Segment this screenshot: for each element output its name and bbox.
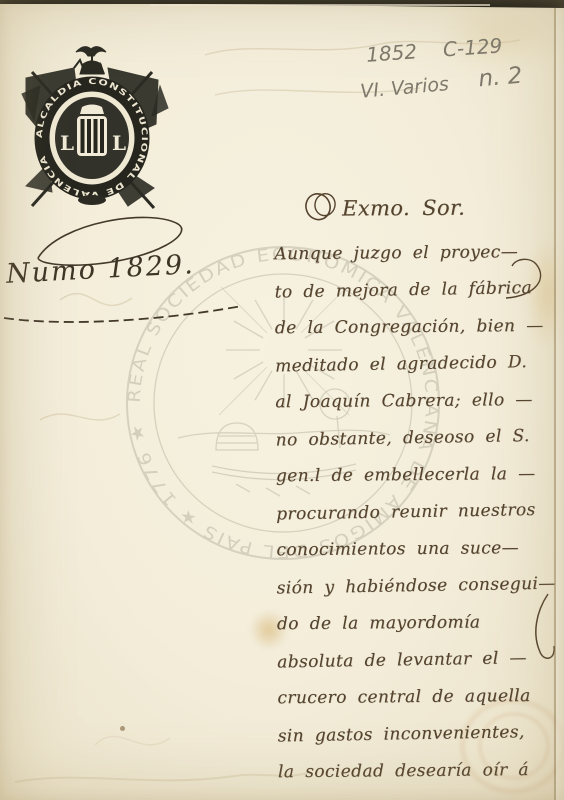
paper-edge-strip	[556, 0, 564, 800]
handwritten-line: de la Congregación, bien —	[275, 308, 563, 348]
letter-L-right: L	[112, 131, 126, 155]
annotation-series: VI. Varios	[359, 73, 449, 103]
handwritten-line: gen.l de embellecerla la —	[276, 456, 564, 496]
annotation-year: 1852	[365, 39, 417, 66]
scanned-letter-page: REAL SOCIEDAD ECONOMICA VALENCIANA DE AM…	[0, 0, 564, 800]
salutation-text: Exmo. Sor.	[342, 196, 465, 221]
paper-edge-highlight	[150, 4, 490, 6]
annotation-item-number: n. 2	[477, 63, 523, 93]
handwritten-line: crucero central de aquella	[277, 678, 564, 718]
salutation-initial-flourish	[304, 192, 338, 226]
handwritten-line: do de la mayordomía	[277, 604, 564, 644]
handwritten-line: no obstante, deseoso el S.	[275, 417, 564, 459]
bat-icon	[76, 47, 106, 56]
handwritten-line: conocimientos una suce—	[276, 530, 564, 570]
handwritten-line: procurando reunir nuestros	[276, 491, 564, 533]
annotation-code: C-129	[442, 33, 503, 61]
registry-underline-swash	[2, 298, 248, 324]
base-scroll	[78, 195, 106, 205]
handwritten-line: la sociedad desearía oír á	[278, 752, 564, 792]
archive-annotations: 1852 C-129 VI. Varios n. 2	[366, 36, 562, 94]
handwritten-line: sin gastos inconvenientes,	[277, 713, 564, 755]
registry-number-block: Numo 1829.	[4, 212, 254, 322]
paper-stain	[120, 726, 125, 731]
letter-L-left: L	[60, 131, 74, 155]
handwritten-line: sión y habiéndose consegui—	[276, 565, 564, 607]
handwritten-line: meditado el agradecido D.	[275, 343, 564, 385]
pen-flourish-paren	[502, 256, 548, 306]
handwritten-line: al Joaquín Cabrera; ello —	[275, 382, 563, 422]
salutation-line: Exmo. Sor.	[304, 187, 562, 229]
coat-of-arms: ALCALDIA CONSTITUCIONAL DE VALENCIA L L	[14, 42, 170, 220]
handwritten-line: absoluta de levantar el —	[277, 639, 564, 681]
